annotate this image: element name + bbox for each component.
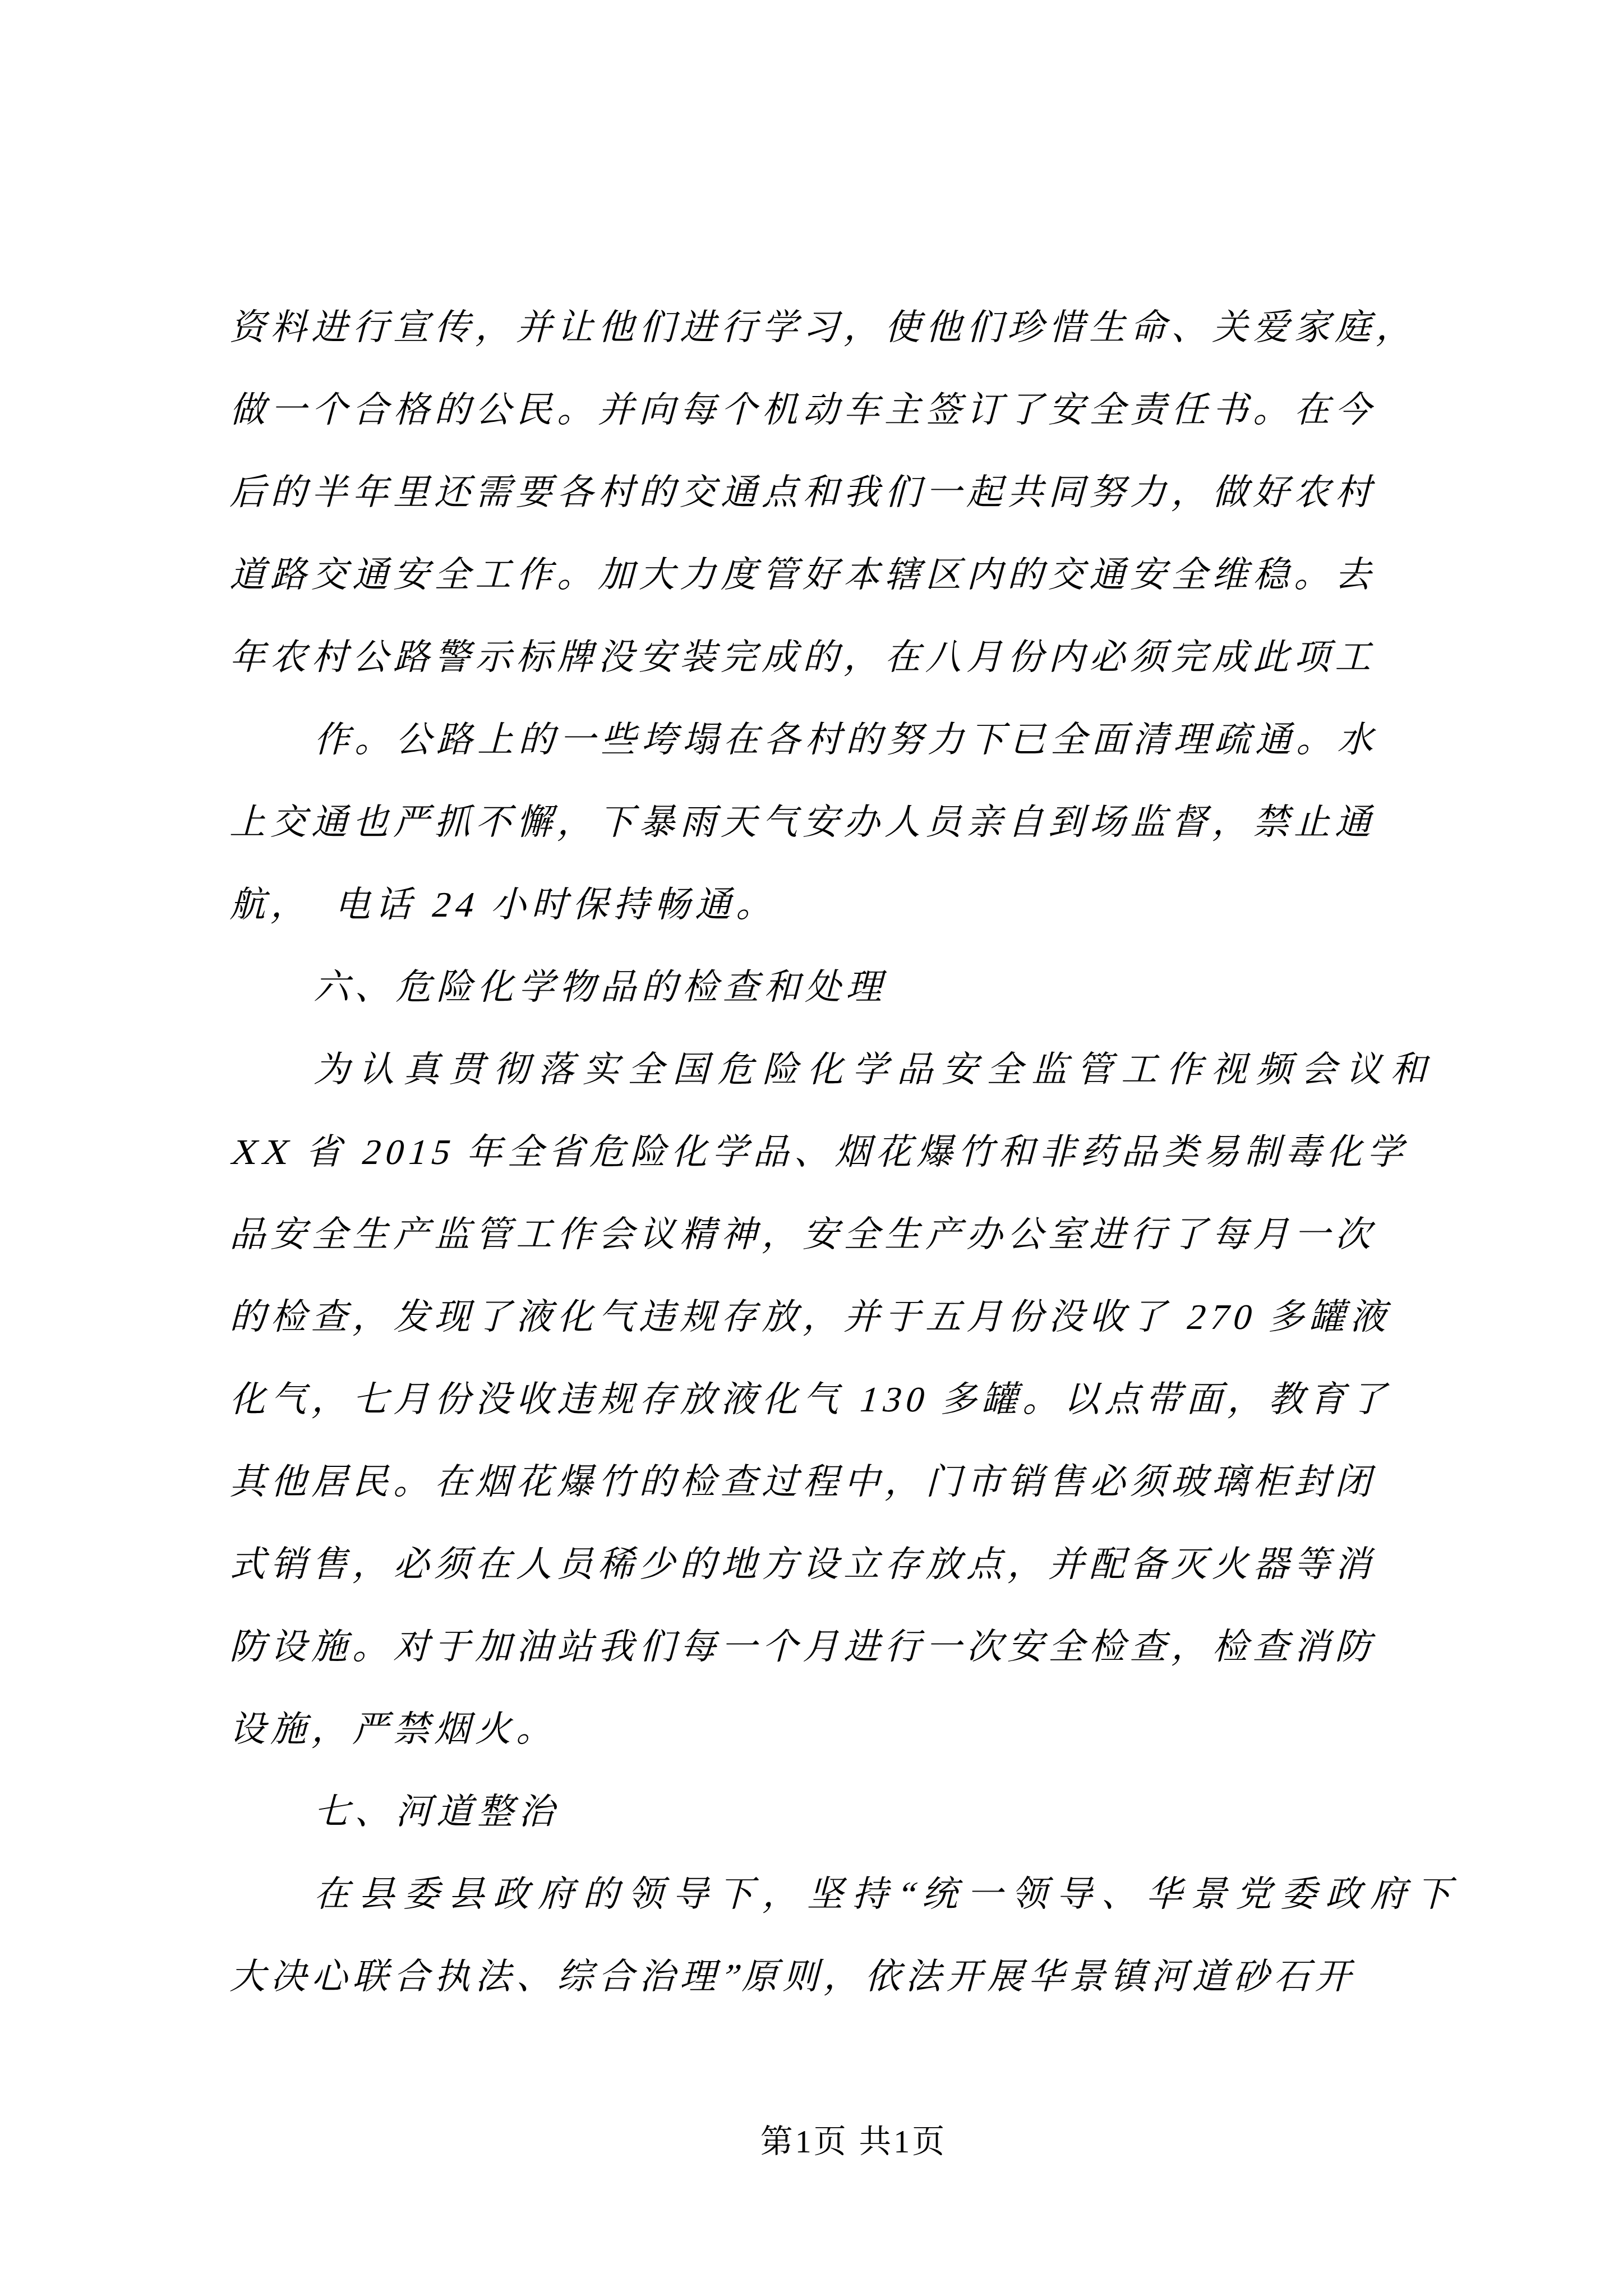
text-line: 式销售，必须在人员稀少的地方设立存放点，并配备灭火器等消 bbox=[222, 1523, 1444, 1605]
text-line: 为认真贯彻落实全国危险化学品安全监管工作视频会议和 bbox=[222, 1028, 1444, 1111]
text-line: 大决心联合执法、综合治理”原则，依法开展华景镇河道砂石开 bbox=[222, 1935, 1444, 2018]
text-line: 做一个合格的公民。并向每个机动车主签订了安全责任书。在今 bbox=[222, 369, 1444, 451]
text-line: 防设施。对于加油站我们每一个月进行一次安全检查，检查消防 bbox=[222, 1605, 1444, 1688]
text-line: 年农村公路警示标牌没安装完成的，在八月份内必须完成此项工 bbox=[222, 616, 1444, 698]
text-line: 设施，严禁烟火。 bbox=[222, 1688, 1444, 1770]
text-line: 上交通也严抓不懈，下暴雨天气安办人员亲自到场监督，禁止通 bbox=[222, 781, 1444, 863]
text-line: 其他居民。在烟花爆竹的检查过程中，门市销售必须玻璃柜封闭 bbox=[222, 1441, 1444, 1523]
text-line: 品安全生产监管工作会议精神，安全生产办公室进行了每月一次 bbox=[222, 1193, 1444, 1276]
text-line: 在县委县政府的领导下，坚持“统一领导、华景党委政府下 bbox=[222, 1853, 1444, 1935]
text-line: 资料进行宣传，并让他们进行学习，使他们珍惜生命、关爱家庭， bbox=[222, 286, 1444, 369]
text-line: 后的半年里还需要各村的交通点和我们一起共同努力，做好农村 bbox=[222, 451, 1444, 533]
document-page: 资料进行宣传，并让他们进行学习，使他们珍惜生命、关爱家庭， 做一个合格的公民。并… bbox=[0, 0, 1623, 2296]
section-heading: 六、危险化学物品的检查和处理 bbox=[222, 946, 1444, 1028]
document-body: 资料进行宣传，并让他们进行学习，使他们珍惜生命、关爱家庭， 做一个合格的公民。并… bbox=[222, 286, 1422, 2018]
text-line: 道路交通安全工作。加大力度管好本辖区内的交通安全维稳。去 bbox=[222, 533, 1444, 616]
text-line: 航， 电话 24 小时保持畅通。 bbox=[222, 863, 1444, 946]
text-line: 作。公路上的一些垮塌在各村的努力下已全面清理疏通。水 bbox=[222, 698, 1444, 781]
text-line: 的检查，发现了液化气违规存放，并于五月份没收了 270 多罐液 bbox=[222, 1276, 1444, 1358]
text-line: 化气，七月份没收违规存放液化气 130 多罐。以点带面，教育了 bbox=[222, 1358, 1444, 1441]
page-number-footer: 第1页 共1页 bbox=[0, 2100, 1623, 2183]
text-line: XX 省 2015 年全省危险化学品、烟花爆竹和非药品类易制毒化学 bbox=[222, 1111, 1444, 1193]
section-heading: 七、河道整治 bbox=[222, 1770, 1444, 1853]
